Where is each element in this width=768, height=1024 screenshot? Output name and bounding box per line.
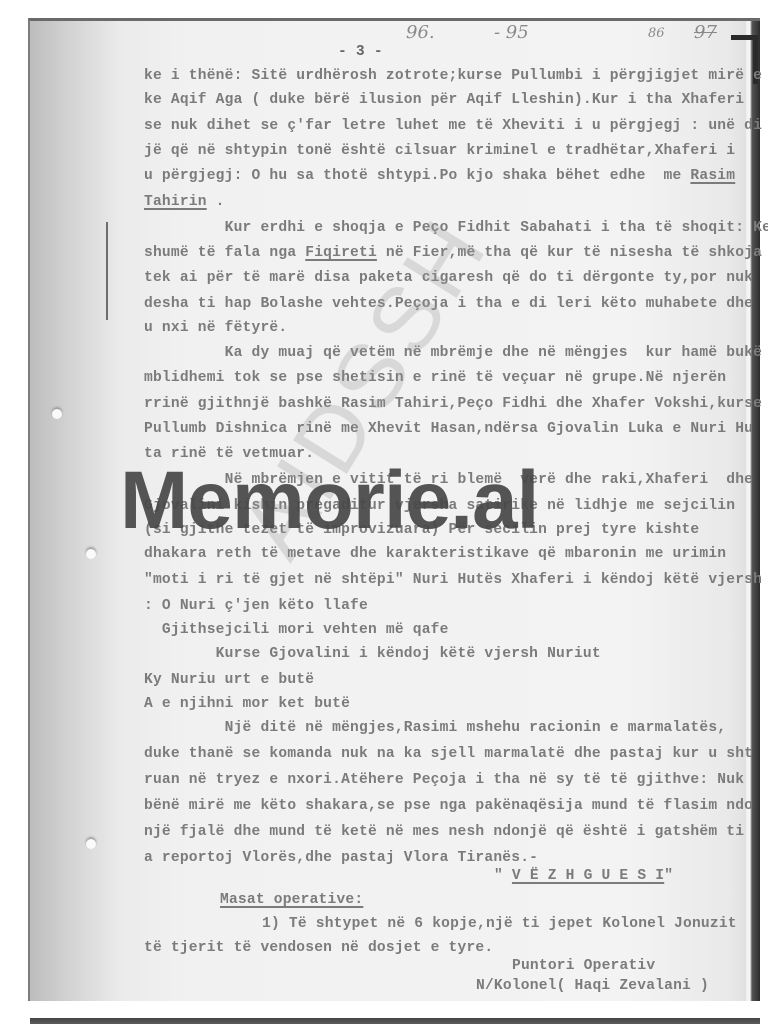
punch-hole <box>52 409 62 419</box>
document-line: dhakara reth të metave dhe karakteristik… <box>144 546 726 562</box>
document-line: ke Aqif Aga ( duke bërë ilusion për Aqif… <box>144 92 744 108</box>
alias-name: V Ë Z H G U E S I <box>512 868 664 884</box>
document-line: a reportoj Vlorës,dhe pastaj Vlora Tiran… <box>144 850 538 866</box>
quote-open: " <box>494 868 512 884</box>
measure-item: 1) Të shtypet në 6 kopje,një ti jepet Ko… <box>262 916 737 932</box>
document-line: se nuk dihet se ç'far letre luhet me të … <box>144 118 762 134</box>
document-line: një fjalë dhe mund të ketë në mes nesh n… <box>144 824 744 840</box>
document-line: u përgjegj: O hu sa thotë shtypi.Po kjo … <box>144 168 735 184</box>
handwritten-number: - 95 <box>494 22 529 43</box>
signatory-title: Puntori Operativ <box>512 958 655 974</box>
document-line: A e njihni mor ket butë <box>144 696 350 712</box>
punch-hole <box>86 549 96 559</box>
document-line: duke thanë se komanda nuk na ka sjell ma… <box>144 746 753 762</box>
handwritten-number: 96. <box>406 22 435 43</box>
signature-alias: " V Ë Z H G U E S I" <box>494 868 673 884</box>
line-text: u përgjegj: O hu sa thotë shtypi.Po kjo … <box>144 168 690 184</box>
page-edge-shadow <box>746 21 760 1001</box>
document-line: u nxi në fëtyrë. <box>144 320 287 336</box>
punch-hole <box>86 839 96 849</box>
document-line: bënë mirë me këto shakara,se pse nga pak… <box>144 798 753 814</box>
document-line: Gjithsejcili mori vehten më qafe <box>144 622 449 638</box>
document-line: Ky Nuriu urt e butë <box>144 672 314 688</box>
handwritten-number: 86 <box>648 26 665 41</box>
document-line: Tahirin . <box>144 194 225 210</box>
underlined-name: Rasim <box>690 168 735 184</box>
underlined-name: Tahirin <box>144 194 207 210</box>
next-page-edge <box>30 1018 760 1024</box>
margin-bracket-line <box>106 222 108 320</box>
document-line: Ka dy muaj që vetëm në mbrëmje dhe në më… <box>144 345 762 361</box>
watermark-memorie: Memorie.al <box>120 454 538 548</box>
document-line: "moti i ri të gjet në shtëpi" Nuri Hutës… <box>144 572 762 588</box>
document-line: : O Nuri ç'jen këto llafe <box>144 598 368 614</box>
document-line: Kurse Gjovalini i këndoj këtë vjersh Nur… <box>144 646 601 662</box>
document-line: jë që në shtypin tonë është cilsuar krim… <box>144 143 735 159</box>
document-line: rrinë gjithnjë bashkë Rasim Tahiri,Peço … <box>144 396 762 412</box>
handwritten-number: 97 <box>694 22 717 43</box>
underlined-name: Fiqireti <box>305 245 377 261</box>
line-text: . <box>207 194 225 210</box>
page-label: - 3 - <box>338 44 383 60</box>
measures-heading: Masat operative: <box>220 892 363 908</box>
document-line: ruan në tryez e nxori.Atëhere Peçoja i t… <box>144 772 744 788</box>
document-line: Një ditë në mëngjes,Rasimi mshehu racion… <box>144 720 726 736</box>
measure-item: të tjerit të vendosen në dosjet e tyre. <box>144 940 493 956</box>
quote-close: " <box>664 868 673 884</box>
document-line: Pullumb Dishnica rinë me Xhevit Hasan,nd… <box>144 421 753 437</box>
signatory-name: N/Kolonel( Haqi Zevalani ) <box>476 978 709 994</box>
document-line: ke i thënë: Sitë urdhërosh zotrote;kurse… <box>144 68 762 84</box>
